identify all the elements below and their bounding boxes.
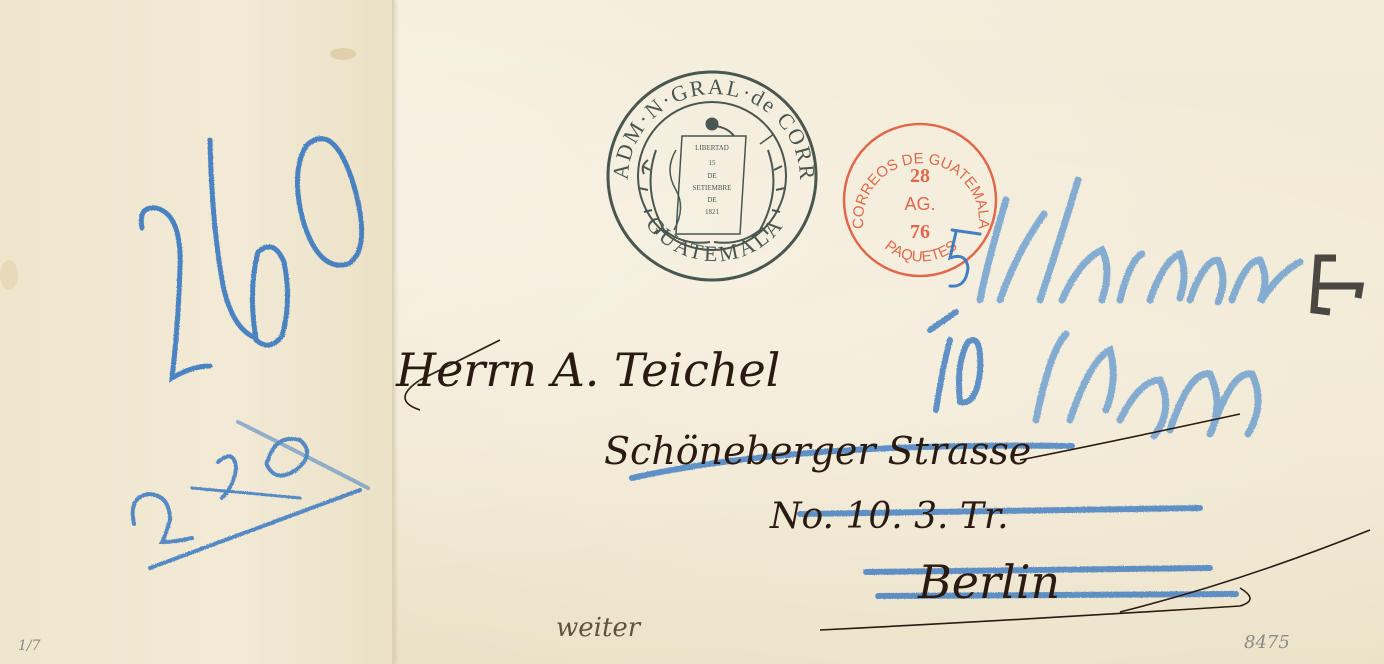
blue-crayon-260 bbox=[141, 139, 361, 378]
seal-scroll-text: DE bbox=[707, 196, 716, 204]
black-handstamp-e bbox=[1314, 258, 1360, 312]
blue-crayon-10 bbox=[930, 312, 980, 410]
blue-crayon-220-crossed bbox=[133, 422, 368, 568]
cancel-stamp: CORREOS DE GUATEMALA PAQUETES 28 AG. 76 bbox=[844, 124, 996, 276]
seal-scroll-text: DE bbox=[707, 172, 716, 180]
seal-scroll-text: 15 bbox=[709, 159, 717, 167]
seal-stamp: ADM·N·GRAL·de CORREOS GUATEMALA LIBERTAD… bbox=[0, 0, 820, 280]
cancel-ring-top: CORREOS DE GUATEMALA bbox=[850, 150, 992, 229]
pencil-note-left: 1/7 bbox=[18, 638, 41, 654]
pencil-note-right: 8475 bbox=[1244, 632, 1290, 653]
address-line-1: Herrn A. Teichel bbox=[395, 343, 780, 397]
cancel-month: AG. bbox=[904, 194, 935, 214]
seal-outer-text-bottom: GUATEMALA bbox=[641, 211, 789, 266]
address-line-3: No. 10. 3. Tr. bbox=[769, 496, 1009, 537]
seal-scroll-text: 1821 bbox=[705, 208, 720, 216]
envelope-cover: ADM·N·GRAL·de CORREOS GUATEMALA LIBERTAD… bbox=[0, 0, 1384, 664]
address-line-2: Schöneberger Strasse bbox=[604, 429, 1031, 473]
seal-scroll-text: LIBERTAD bbox=[695, 144, 729, 152]
seal-outer-text-top: ADM·N·GRAL·de CORREOS bbox=[0, 0, 820, 182]
cancel-day: 28 bbox=[910, 165, 930, 187]
cancel-year: 76 bbox=[910, 221, 930, 243]
address-line-4: Berlin bbox=[917, 555, 1060, 609]
blue-crayon-redirect bbox=[980, 180, 1300, 436]
seal-scroll-text: SETIEMBRE bbox=[693, 184, 732, 192]
black-handstamp-label: E bbox=[1328, 305, 1329, 307]
ink-note-bottom: weiter bbox=[556, 613, 642, 643]
blue-crayon-rate-5 bbox=[950, 230, 980, 286]
